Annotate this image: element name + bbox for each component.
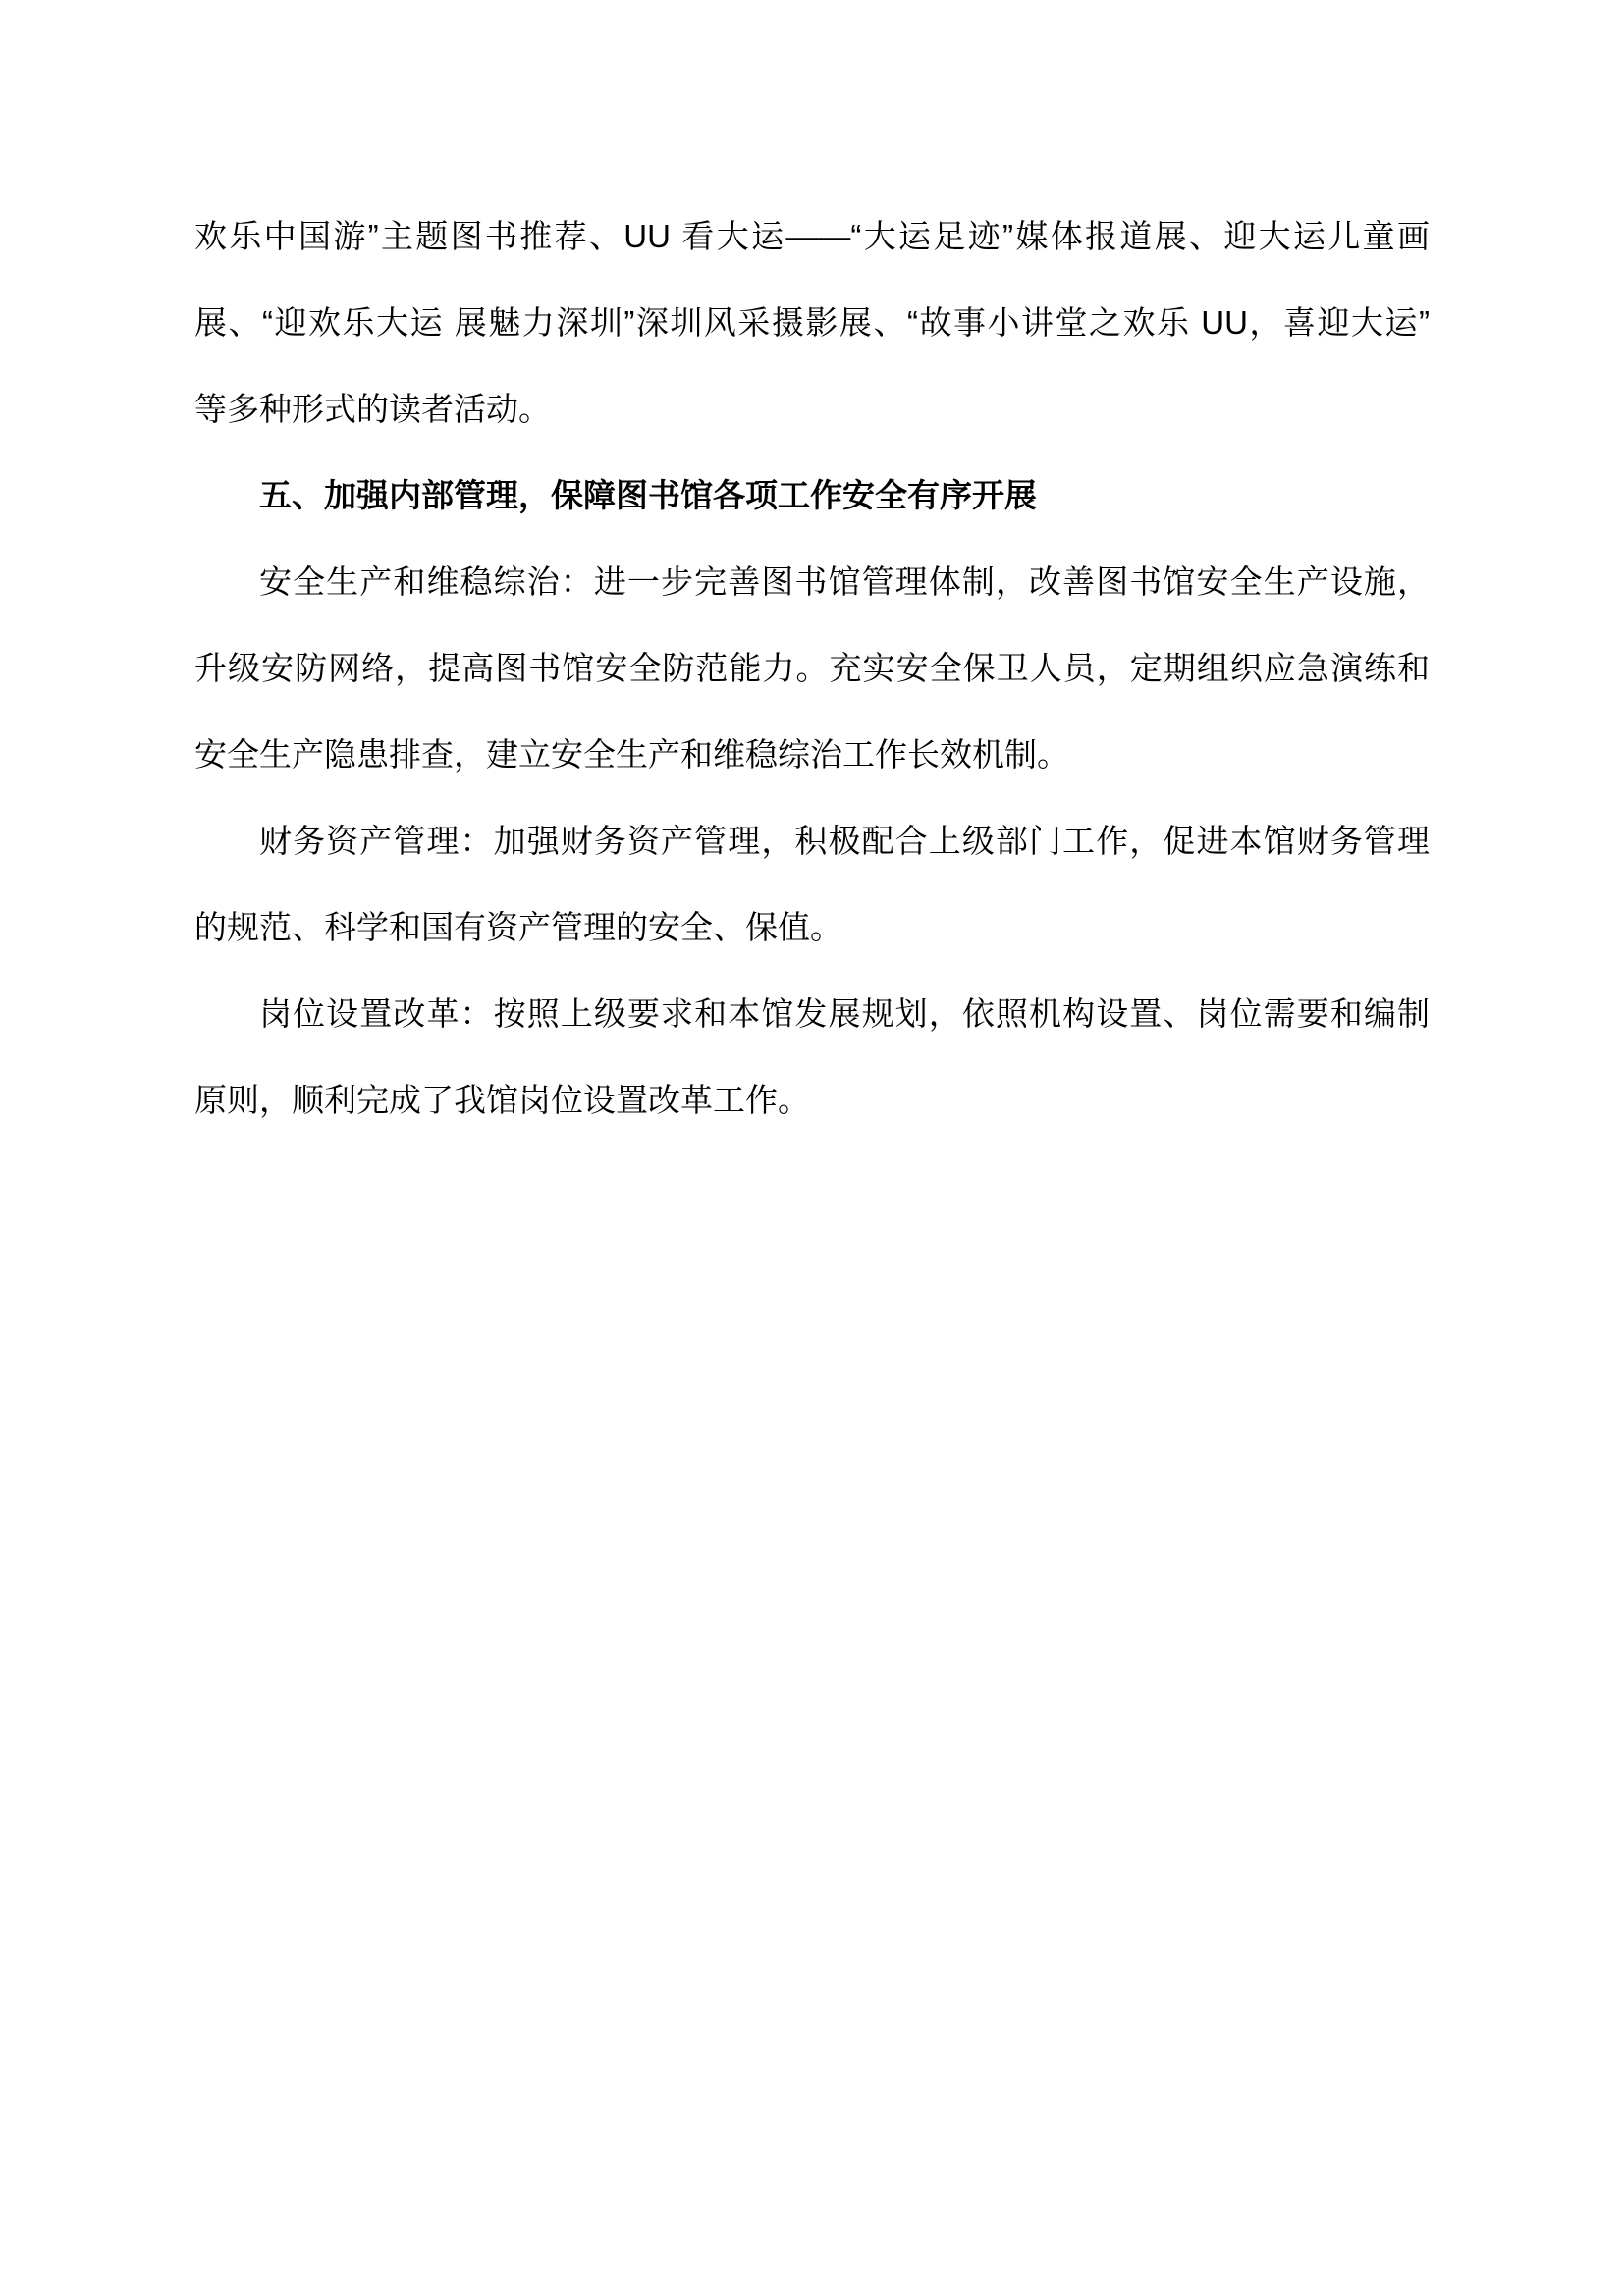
position-reform-paragraph-line-2: 原则，顺利完成了我馆岗位设置改革工作。 — [194, 1057, 1430, 1144]
section-heading-5: 五、加强内部管理，保障图书馆各项工作安全有序开展 — [194, 453, 1430, 539]
position-reform-paragraph-line-1: 岗位设置改革：按照上级要求和本馆发展规划，依照机构设置、岗位需要和编制 — [194, 971, 1430, 1057]
document-page: 欢乐中国游”主题图书推荐、UU 看大运——“大运足迹”媒体报道展、迎大运儿童画 … — [0, 0, 1624, 2296]
safety-paragraph-line-3: 安全生产隐患排查，建立安全生产和维稳综治工作长效机制。 — [194, 712, 1430, 798]
safety-paragraph-line-2: 升级安防网络，提高图书馆安全防范能力。充实安全保卫人员，定期组织应急演练和 — [194, 625, 1430, 712]
safety-paragraph-line-1: 安全生产和维稳综治：进一步完善图书馆管理体制，改善图书馆安全生产设施， — [194, 539, 1430, 625]
continuation-paragraph-line-1: 欢乐中国游”主题图书推荐、UU 看大运——“大运足迹”媒体报道展、迎大运儿童画 — [194, 193, 1430, 280]
continuation-paragraph-line-2: 展、“迎欢乐大运 展魅力深圳”深圳风采摄影展、“故事小讲堂之欢乐 UU，喜迎大运… — [194, 280, 1430, 366]
finance-paragraph-line-1: 财务资产管理：加强财务资产管理，积极配合上级部门工作，促进本馆财务管理 — [194, 798, 1430, 884]
finance-paragraph-line-2: 的规范、科学和国有资产管理的安全、保值。 — [194, 884, 1430, 971]
document-body: 欢乐中国游”主题图书推荐、UU 看大运——“大运足迹”媒体报道展、迎大运儿童画 … — [194, 193, 1430, 1144]
continuation-paragraph-line-3: 等多种形式的读者活动。 — [194, 366, 1430, 453]
